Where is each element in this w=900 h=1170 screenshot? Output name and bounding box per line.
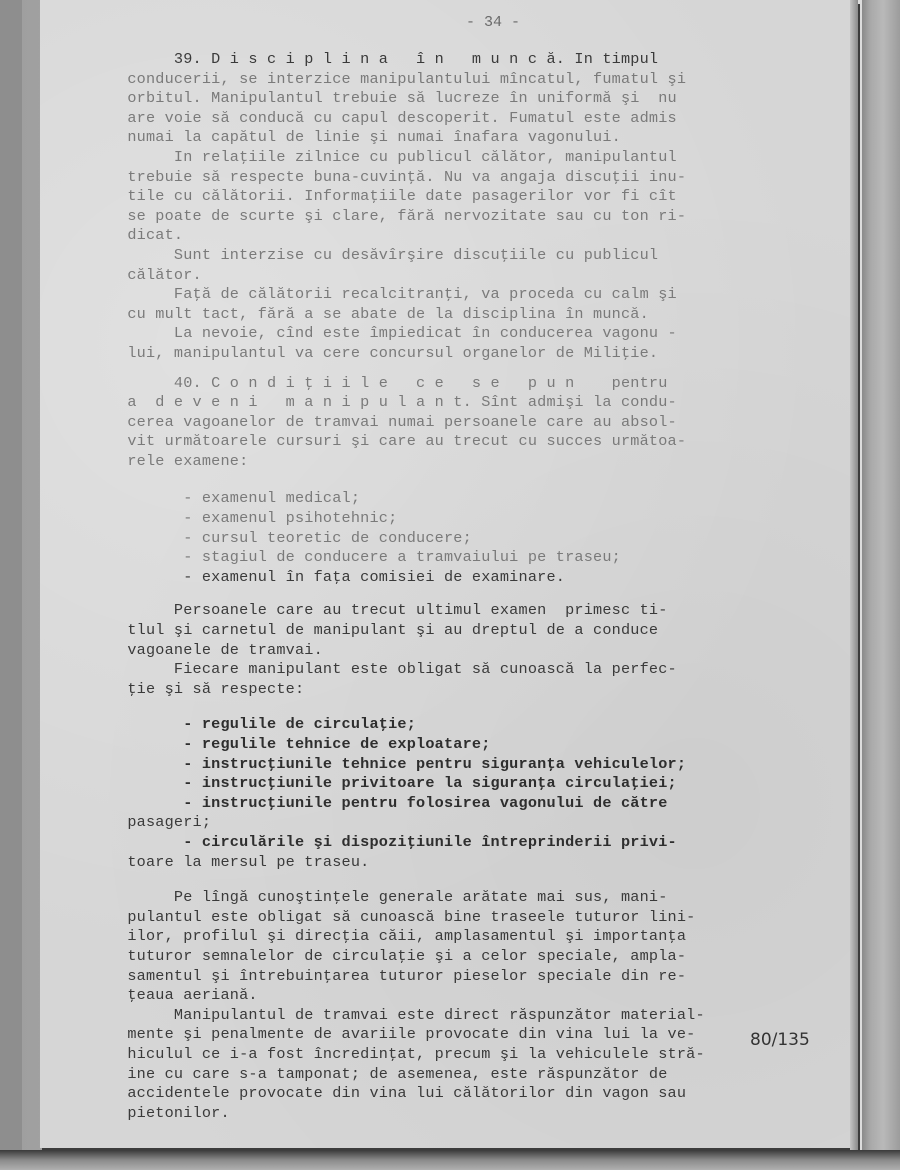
text-line: orbitul. Manipulantul trebuie să lucreze… (118, 89, 838, 109)
text-line: trebuie să respecte buna-cuvinţă. Nu va … (118, 168, 838, 188)
text-line: rele examene: (118, 452, 838, 472)
text-line: Faţă de călătorii recalcitranţi, va proc… (118, 285, 838, 305)
text-line: se poate de scurte şi clare, fără nervoz… (118, 207, 838, 227)
list-item: - instrucţiunile tehnice pentru siguranţ… (118, 755, 838, 775)
text-line: Fiecare manipulant este obligat să cunoa… (118, 660, 838, 680)
text-line: pietonilor. (118, 1104, 838, 1124)
text-line: ine cu care s-a tamponat; de asemenea, e… (118, 1065, 838, 1085)
text-line: pulantul este obligat să cunoască bine t… (118, 908, 838, 928)
text-line: dicat. (118, 226, 838, 246)
text-line: vagoanele de tramvai. (118, 641, 838, 661)
text-line: mente şi penalmente de avariile provocat… (118, 1025, 838, 1045)
rules-list: - regulile de circulaţie; - regulile teh… (118, 715, 838, 872)
text-line: Persoanele care au trecut ultimul examen… (118, 601, 838, 621)
text-line: călător. (118, 266, 838, 286)
list-item: - instrucţiunile pentru folosirea vagonu… (118, 794, 838, 814)
list-item: - cursul teoretic de conducere; (118, 529, 838, 549)
text-line: tile cu călătorii. Informaţiile date pas… (118, 187, 838, 207)
typewritten-body: 39. D i s c i p l i n a î n m u n c ă. I… (118, 50, 838, 1123)
text-line: conducerii, se interzice manipulantului … (118, 70, 838, 90)
text-line: cerea vagoanelor de tramvai numai persoa… (118, 413, 838, 433)
list-item: pasageri; (118, 813, 838, 833)
text-line: tuturor semnalelor de circulaţie şi a ce… (118, 947, 838, 967)
scanner-background-bottom (0, 1150, 900, 1170)
text-line: Manipulantul de tramvai este direct răsp… (118, 1006, 838, 1026)
text-line: tlul şi carnetul de manipulant şi au dre… (118, 621, 838, 641)
text-line: In relaţiile zilnice cu publicul călător… (118, 148, 838, 168)
list-item: - regulile de circulaţie; (118, 715, 838, 735)
exam-list: - examenul medical; - examenul psihotehn… (118, 489, 838, 587)
text-line: accidentele provocate din vina lui călăt… (118, 1084, 838, 1104)
text-line: numai la capătul de linie şi numai înafa… (118, 128, 838, 148)
text-line: a d e v e n i m a n i p u l a n t. Sînt … (118, 393, 838, 413)
text-line: lui, manipulantul va cere concursul orga… (118, 344, 838, 364)
text-line: vit următoarele cursuri şi care au trecu… (118, 432, 838, 452)
text-line: cu mult tact, fără a se abate de la disc… (118, 305, 838, 325)
text-line: 39. D i s c i p l i n a î n m u n c ă. I… (118, 50, 838, 70)
text-line: Sunt interzise cu desăvîrşire discuţiile… (118, 246, 838, 266)
section-39: 39. D i s c i p l i n a î n m u n c ă. I… (118, 50, 838, 364)
text-line: 40. C o n d i ţ i i l e c e s e p u n pe… (118, 374, 838, 394)
text-line: samentul şi întrebuinţarea tuturor piese… (118, 967, 838, 987)
list-item: - regulile tehnice de exploatare; (118, 735, 838, 755)
list-item: - examenul în faţa comisiei de examinare… (118, 568, 838, 588)
text-line: Pe lîngă cunoştinţele generale arătate m… (118, 888, 838, 908)
list-item: - circulările şi dispoziţiunile întrepri… (118, 833, 838, 853)
text-line: hiculul ce i-a fost încredinţat, precum … (118, 1045, 838, 1065)
list-item: - instrucţiunile privitoare la siguranţa… (118, 774, 838, 794)
folio-number: 80/135 (750, 1030, 810, 1050)
page-edge (850, 0, 858, 1150)
text-line: La nevoie, cînd este împiedicat în condu… (118, 324, 838, 344)
list-item: - examenul psihotehnic; (118, 509, 838, 529)
list-item: - stagiul de conducere a tramvaiului pe … (118, 548, 838, 568)
list-item: toare la mersul pe traseu. (118, 853, 838, 873)
list-item: - examenul medical; (118, 489, 838, 509)
scanner-background-right (858, 0, 900, 1170)
page-number: - 34 - (466, 14, 520, 31)
text-line: ţie şi să respecte: (118, 680, 838, 700)
text-line: are voie să conducă cu capul descoperit.… (118, 109, 838, 129)
text-line: ilor, profilul şi direcţia căii, amplasa… (118, 927, 838, 947)
text-line: ţeaua aeriană. (118, 986, 838, 1006)
section-40: 40. C o n d i ţ i i l e c e s e p u n pe… (118, 374, 838, 1124)
